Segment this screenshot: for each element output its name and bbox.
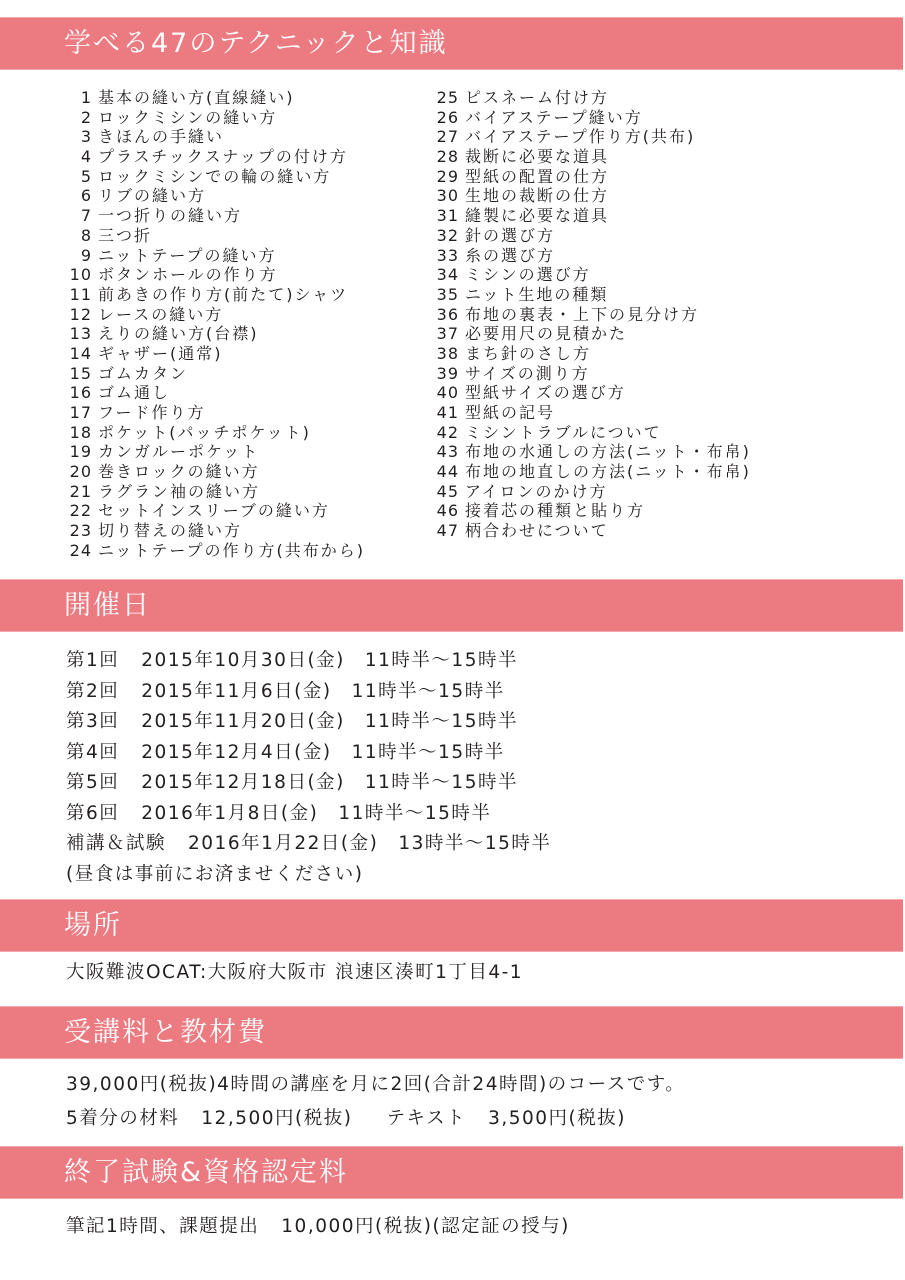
technique-item: 19カンガルーポケット bbox=[58, 442, 365, 462]
technique-item: 35ニット生地の種類 bbox=[425, 285, 751, 305]
schedule-list: 第1回2015年10月30日(金)11時半〜15時半第2回2015年11月6日(… bbox=[66, 646, 551, 890]
exam-header-banner: 終了試験&資格認定料 bbox=[0, 1146, 903, 1199]
schedule-row: 第5回2015年12月18日(金)11時半〜15時半 bbox=[66, 768, 551, 799]
technique-number: 16 bbox=[58, 383, 92, 403]
technique-item: 23切り替えの縫い方 bbox=[58, 521, 365, 541]
fees-materials-line: 5着分の材料12,500円(税抜)テキスト3,500円(税抜) bbox=[66, 1102, 685, 1136]
technique-item: 31縫製に必要な道具 bbox=[425, 206, 751, 226]
technique-number: 45 bbox=[425, 482, 459, 502]
technique-item: 43布地の水通しの方法(ニット・布帛) bbox=[425, 442, 751, 462]
technique-label: 糸の選び方 bbox=[465, 246, 555, 265]
technique-item: 27バイアステープ作り方(共布) bbox=[425, 127, 751, 147]
technique-number: 24 bbox=[58, 541, 92, 561]
schedule-session: 補講＆試験 bbox=[66, 833, 166, 854]
technique-label: バイアステープ作り方(共布) bbox=[465, 127, 695, 146]
technique-item: 9ニットテープの縫い方 bbox=[58, 246, 365, 266]
materials-label: 5着分の材料 bbox=[66, 1108, 179, 1129]
schedule-date: 2016年1月8日(金) bbox=[141, 803, 318, 824]
technique-item: 32針の選び方 bbox=[425, 226, 751, 246]
technique-label: ゴム通し bbox=[98, 383, 170, 402]
technique-number: 8 bbox=[58, 226, 92, 246]
schedule-title: 開催日 bbox=[64, 586, 151, 626]
technique-number: 34 bbox=[425, 265, 459, 285]
technique-label: ロックミシンでの輪の縫い方 bbox=[98, 167, 331, 186]
technique-item: 39サイズの測り方 bbox=[425, 364, 751, 384]
techniques-title: 学べる47のテクニックと知識 bbox=[64, 24, 448, 64]
technique-label: 柄合わせについて bbox=[465, 521, 609, 540]
schedule-time: 11時半〜15時半 bbox=[365, 650, 518, 671]
technique-label: 縫製に必要な道具 bbox=[465, 206, 609, 225]
technique-number: 35 bbox=[425, 285, 459, 305]
technique-number: 19 bbox=[58, 442, 92, 462]
technique-label: 布地の水通しの方法(ニット・布帛) bbox=[465, 442, 751, 461]
technique-item: 18ポケット(パッチポケット) bbox=[58, 423, 365, 443]
technique-label: セットインスリーブの縫い方 bbox=[98, 501, 330, 520]
technique-number: 42 bbox=[425, 423, 459, 443]
technique-number: 25 bbox=[425, 88, 459, 108]
technique-item: 13えりの縫い方(台襟) bbox=[58, 324, 365, 344]
technique-label: ロックミシンの縫い方 bbox=[98, 108, 277, 127]
schedule-row: 第2回2015年11月6日(金)11時半〜15時半 bbox=[66, 677, 551, 708]
technique-number: 29 bbox=[425, 167, 459, 187]
technique-number: 22 bbox=[58, 501, 92, 521]
schedule-session: 第2回 bbox=[66, 681, 119, 702]
technique-number: 12 bbox=[58, 305, 92, 325]
technique-number: 43 bbox=[425, 442, 459, 462]
technique-label: ゴムカタン bbox=[98, 364, 188, 383]
technique-item: 10ボタンホールの作り方 bbox=[58, 265, 365, 285]
technique-label: 切り替えの縫い方 bbox=[98, 521, 242, 540]
technique-label: 型紙の配置の仕方 bbox=[465, 167, 609, 186]
technique-number: 5 bbox=[58, 167, 92, 187]
schedule-session: 第3回 bbox=[66, 711, 119, 732]
technique-label: 三つ折 bbox=[98, 226, 152, 245]
technique-item: 37必要用尺の見積かた bbox=[425, 324, 751, 344]
technique-item: 14ギャザー(通常) bbox=[58, 344, 365, 364]
technique-label: サイズの測り方 bbox=[465, 364, 590, 383]
technique-item: 7一つ折りの縫い方 bbox=[58, 206, 365, 226]
technique-number: 13 bbox=[58, 324, 92, 344]
schedule-date: 2016年1月22日(金) bbox=[188, 833, 378, 854]
schedule-time: 11時半〜15時半 bbox=[352, 681, 505, 702]
technique-item: 45アイロンのかけ方 bbox=[425, 482, 751, 502]
technique-label: きほんの手縫い bbox=[98, 127, 224, 146]
technique-item: 44布地の地直しの方法(ニット・布帛) bbox=[425, 462, 751, 482]
technique-item: 34ミシンの選び方 bbox=[425, 265, 751, 285]
fees-header-banner: 受講料と教材費 bbox=[0, 1006, 903, 1059]
technique-label: カンガルーポケット bbox=[98, 442, 259, 461]
technique-number: 33 bbox=[425, 246, 459, 266]
technique-number: 37 bbox=[425, 324, 459, 344]
technique-item: 30生地の裁断の仕方 bbox=[425, 186, 751, 206]
technique-label: ニットテープの作り方(共布から) bbox=[98, 541, 365, 560]
technique-number: 18 bbox=[58, 423, 92, 443]
text-price: 3,500円(税抜) bbox=[488, 1108, 626, 1129]
technique-number: 20 bbox=[58, 462, 92, 482]
technique-item: 33糸の選び方 bbox=[425, 246, 751, 266]
technique-label: 必要用尺の見積かた bbox=[465, 324, 627, 343]
technique-number: 44 bbox=[425, 462, 459, 482]
technique-number: 7 bbox=[58, 206, 92, 226]
technique-number: 40 bbox=[425, 383, 459, 403]
technique-item: 38まち針のさし方 bbox=[425, 344, 751, 364]
technique-label: 型紙の記号 bbox=[465, 403, 555, 422]
technique-number: 32 bbox=[425, 226, 459, 246]
exam-detail-price: 10,000円(税抜)(認定証の授与) bbox=[281, 1216, 570, 1237]
technique-number: 15 bbox=[58, 364, 92, 384]
technique-number: 21 bbox=[58, 482, 92, 502]
technique-label: 生地の裁断の仕方 bbox=[465, 186, 609, 205]
technique-item: 22セットインスリーブの縫い方 bbox=[58, 501, 365, 521]
technique-label: ピスネーム付け方 bbox=[465, 88, 609, 107]
technique-label: ボタンホールの作り方 bbox=[98, 265, 278, 284]
schedule-time: 11時半〜15時半 bbox=[365, 711, 518, 732]
technique-number: 1 bbox=[58, 88, 92, 108]
technique-label: 型紙サイズの選び方 bbox=[465, 383, 626, 402]
exam-detail: 筆記1時間、課題提出10,000円(税抜)(認定証の授与) bbox=[66, 1212, 570, 1242]
technique-label: アイロンのかけ方 bbox=[465, 482, 608, 501]
technique-label: 基本の縫い方(直線縫い) bbox=[98, 88, 295, 107]
place-address: 大阪難波OCAT:大阪府大阪市 浪速区湊町1丁目4-1 bbox=[66, 958, 523, 988]
technique-item: 26バイアステープ縫い方 bbox=[425, 108, 751, 128]
schedule-date: 2015年11月6日(金) bbox=[141, 681, 331, 702]
technique-item: 29型紙の配置の仕方 bbox=[425, 167, 751, 187]
schedule-date: 2015年12月18日(金) bbox=[141, 772, 345, 793]
technique-label: ラグラン袖の縫い方 bbox=[98, 482, 260, 501]
schedule-row: 第1回2015年10月30日(金)11時半〜15時半 bbox=[66, 646, 551, 677]
schedule-session: 第1回 bbox=[66, 650, 119, 671]
technique-item: 6リブの縫い方 bbox=[58, 186, 365, 206]
technique-label: 前あきの作り方(前たて)シャツ bbox=[98, 285, 348, 304]
materials-price: 12,500円(税抜) bbox=[201, 1108, 352, 1129]
technique-label: まち針のさし方 bbox=[465, 344, 591, 363]
schedule-time: 13時半〜15時半 bbox=[398, 833, 551, 854]
technique-item: 12レースの縫い方 bbox=[58, 305, 365, 325]
schedule-note: (昼食は事前にお済ませください) bbox=[66, 860, 551, 891]
schedule-row: 第3回2015年11月20日(金)11時半〜15時半 bbox=[66, 707, 551, 738]
technique-number: 27 bbox=[425, 127, 459, 147]
schedule-session: 第4回 bbox=[66, 742, 119, 763]
schedule-row: 第6回2016年1月8日(金)11時半〜15時半 bbox=[66, 799, 551, 830]
schedule-header-banner: 開催日 bbox=[0, 579, 903, 632]
technique-item: 5ロックミシンでの輪の縫い方 bbox=[58, 167, 365, 187]
technique-label: ニットテープの縫い方 bbox=[98, 246, 277, 265]
technique-number: 2 bbox=[58, 108, 92, 128]
technique-label: 裁断に必要な道具 bbox=[465, 147, 609, 166]
techniques-header-banner: 学べる47のテクニックと知識 bbox=[0, 17, 903, 70]
schedule-session: 第5回 bbox=[66, 772, 119, 793]
place-title: 場所 bbox=[64, 906, 122, 946]
technique-item: 20巻きロックの縫い方 bbox=[58, 462, 365, 482]
technique-item: 1基本の縫い方(直線縫い) bbox=[58, 88, 365, 108]
technique-item: 41型紙の記号 bbox=[425, 403, 751, 423]
text-label: テキスト bbox=[386, 1108, 466, 1129]
schedule-date: 2015年12月4日(金) bbox=[141, 742, 331, 763]
technique-item: 42ミシントラブルについて bbox=[425, 423, 751, 443]
technique-label: ミシンの選び方 bbox=[465, 265, 591, 284]
technique-item: 46接着芯の種類と貼り方 bbox=[425, 501, 751, 521]
fees-course-line: 39,000円(税抜)4時間の講座を月に2回(合計24時間)のコースです。 bbox=[66, 1068, 685, 1102]
schedule-time: 11時半〜15時半 bbox=[365, 772, 518, 793]
technique-number: 11 bbox=[58, 285, 92, 305]
technique-number: 6 bbox=[58, 186, 92, 206]
technique-label: 巻きロックの縫い方 bbox=[98, 462, 260, 481]
technique-number: 38 bbox=[425, 344, 459, 364]
technique-item: 28裁断に必要な道具 bbox=[425, 147, 751, 167]
exam-detail-label: 筆記1時間、課題提出 bbox=[66, 1216, 259, 1237]
technique-label: 針の選び方 bbox=[465, 226, 555, 245]
technique-label: えりの縫い方(台襟) bbox=[98, 324, 259, 343]
schedule-date: 2015年11月20日(金) bbox=[141, 711, 345, 732]
technique-number: 41 bbox=[425, 403, 459, 423]
technique-item: 36布地の裏表・上下の見分け方 bbox=[425, 305, 751, 325]
fees-list: 39,000円(税抜)4時間の講座を月に2回(合計24時間)のコースです。 5着… bbox=[66, 1068, 685, 1136]
fees-title: 受講料と教材費 bbox=[64, 1013, 267, 1053]
technique-label: バイアステープ縫い方 bbox=[465, 108, 643, 127]
technique-number: 30 bbox=[425, 186, 459, 206]
technique-number: 47 bbox=[425, 521, 459, 541]
technique-number: 14 bbox=[58, 344, 92, 364]
technique-item: 15ゴムカタン bbox=[58, 364, 365, 384]
technique-item: 8三つ折 bbox=[58, 226, 365, 246]
technique-item: 21ラグラン袖の縫い方 bbox=[58, 482, 365, 502]
technique-number: 46 bbox=[425, 501, 459, 521]
technique-item: 40型紙サイズの選び方 bbox=[425, 383, 751, 403]
schedule-time: 11時半〜15時半 bbox=[338, 803, 491, 824]
technique-label: 一つ折りの縫い方 bbox=[98, 206, 242, 225]
technique-item: 16ゴム通し bbox=[58, 383, 365, 403]
technique-number: 17 bbox=[58, 403, 92, 423]
technique-number: 39 bbox=[425, 364, 459, 384]
technique-number: 10 bbox=[58, 265, 92, 285]
schedule-row: 補講＆試験2016年1月22日(金)13時半〜15時半 bbox=[66, 829, 551, 860]
technique-item: 4プラスチックスナップの付け方 bbox=[58, 147, 365, 167]
technique-number: 36 bbox=[425, 305, 459, 325]
technique-label: 接着芯の種類と貼り方 bbox=[465, 501, 645, 520]
technique-label: ニット生地の種類 bbox=[465, 285, 608, 304]
technique-label: プラスチックスナップの付け方 bbox=[98, 147, 348, 166]
technique-label: レースの縫い方 bbox=[98, 305, 223, 324]
technique-number: 9 bbox=[58, 246, 92, 266]
technique-item: 2ロックミシンの縫い方 bbox=[58, 108, 365, 128]
technique-item: 24ニットテープの作り方(共布から) bbox=[58, 541, 365, 561]
technique-number: 26 bbox=[425, 108, 459, 128]
technique-item: 11前あきの作り方(前たて)シャツ bbox=[58, 285, 365, 305]
technique-number: 28 bbox=[425, 147, 459, 167]
technique-label: フード作り方 bbox=[98, 403, 206, 422]
technique-list-left: 1基本の縫い方(直線縫い)2ロックミシンの縫い方3きほんの手縫い4プラスチックス… bbox=[58, 88, 365, 561]
technique-list-right: 25ピスネーム付け方26バイアステープ縫い方27バイアステープ作り方(共布)28… bbox=[425, 88, 751, 541]
technique-label: リブの縫い方 bbox=[98, 186, 206, 205]
technique-number: 23 bbox=[58, 521, 92, 541]
schedule-session: 第6回 bbox=[66, 803, 119, 824]
technique-label: 布地の裏表・上下の見分け方 bbox=[465, 305, 699, 324]
schedule-time: 11時半〜15時半 bbox=[352, 742, 505, 763]
place-header-banner: 場所 bbox=[0, 899, 903, 952]
technique-item: 17フード作り方 bbox=[58, 403, 365, 423]
technique-number: 31 bbox=[425, 206, 459, 226]
schedule-date: 2015年10月30日(金) bbox=[141, 650, 345, 671]
technique-number: 4 bbox=[58, 147, 92, 167]
technique-item: 47柄合わせについて bbox=[425, 521, 751, 541]
schedule-row: 第4回2015年12月4日(金)11時半〜15時半 bbox=[66, 738, 551, 769]
technique-number: 3 bbox=[58, 127, 92, 147]
technique-label: ミシントラブルについて bbox=[465, 423, 662, 442]
technique-label: 布地の地直しの方法(ニット・布帛) bbox=[465, 462, 751, 481]
technique-label: ギャザー(通常) bbox=[98, 344, 223, 363]
technique-label: ポケット(パッチポケット) bbox=[98, 423, 311, 442]
exam-title: 終了試験&資格認定料 bbox=[64, 1153, 348, 1193]
technique-item: 3きほんの手縫い bbox=[58, 127, 365, 147]
technique-item: 25ピスネーム付け方 bbox=[425, 88, 751, 108]
